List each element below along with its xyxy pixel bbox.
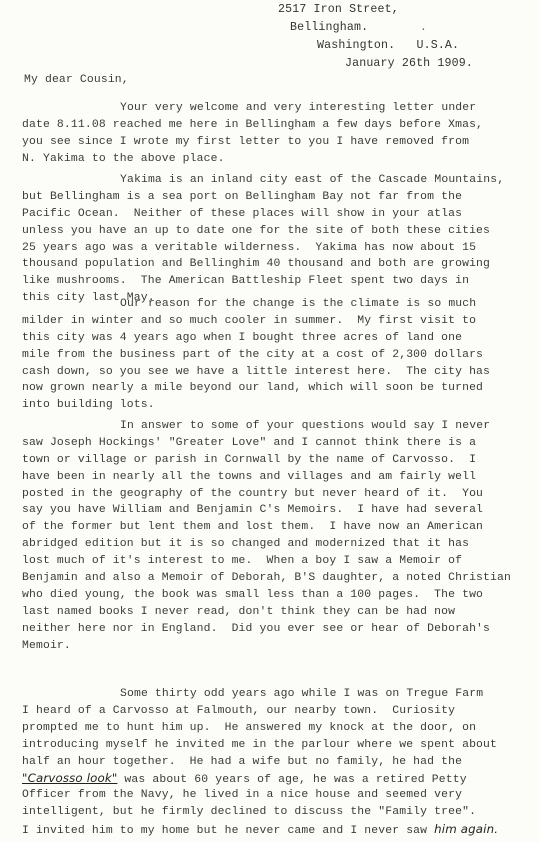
paragraph-1: Your very welcome and very interesting l… — [22, 100, 522, 168]
handwritten-ending: him again. — [434, 822, 498, 836]
text-line: now grown nearly a mile beyond our land,… — [22, 380, 522, 397]
text-line: town or village or parish in Cornwall by… — [22, 452, 522, 469]
text-line: last named books I never read, don't thi… — [22, 604, 522, 621]
text-line: Benjamin and also a Memoir of Deborah, B… — [22, 570, 522, 587]
text-line: have been in nearly all the towns and vi… — [22, 469, 522, 486]
text-line: intelligent, but he firmly declined to d… — [22, 804, 522, 821]
text-line: introducing myself he invited me in the … — [22, 737, 522, 754]
text-line: into building lots. — [22, 397, 522, 414]
text-line: abridged edition but it is so changed an… — [22, 536, 522, 553]
letter-page: 2517 Iron Street, Bellingham. . Washingt… — [0, 0, 540, 842]
handwritten-phrase: "Carvosso look" — [22, 771, 117, 785]
text-line: milder in winter and so much cooler in s… — [22, 313, 522, 330]
typed-text: I invited him to my home but he never ca… — [22, 825, 434, 837]
text-line: neither here nor in England. Did you eve… — [22, 621, 522, 638]
text-line: say you have William and Benjamin C's Me… — [22, 502, 522, 519]
paragraph-2: Yakima is an inland city east of the Cas… — [22, 172, 522, 307]
text-line: of the former but lent them and lost the… — [22, 519, 522, 536]
text-line: this city was 4 years ago when I bought … — [22, 330, 522, 347]
text-line: Officer from the Navy, he lived in a nic… — [22, 787, 522, 804]
paragraph-5: Some thirty odd years ago while I was on… — [22, 686, 522, 838]
text-line: posted in the geography of the country b… — [22, 486, 522, 503]
text-line: date 8.11.08 reached me here in Bellingh… — [22, 117, 522, 134]
address-street: 2517 Iron Street, — [278, 3, 399, 16]
text-line: Your very welcome and very interesting l… — [22, 100, 522, 117]
text-line: mile from the business part of the city … — [22, 347, 522, 364]
text-line: like mushrooms. The American Battleship … — [22, 273, 522, 290]
paragraph-3: Our reason for the change is the climate… — [22, 296, 522, 414]
text-line: you see since I wrote my first letter to… — [22, 134, 522, 151]
text-line: unless you have an up to date one for th… — [22, 223, 522, 240]
typed-text: was about 60 years of age, he was a reti… — [117, 774, 466, 786]
salutation: My dear Cousin, — [24, 74, 129, 86]
text-line: N. Yakima to the above place. — [22, 151, 522, 168]
text-line: Some thirty odd years ago while I was on… — [22, 686, 522, 703]
letter-date: January 26th 1909. — [345, 57, 473, 70]
text-line: lost much of it's interest to me. When a… — [22, 553, 522, 570]
text-line: Pacific Ocean. Neither of these places w… — [22, 206, 522, 223]
text-line: who died young, the book was small less … — [22, 587, 522, 604]
text-line: but Bellingham is a sea port on Bellingh… — [22, 189, 522, 206]
text-line: thousand population and Bellinghim 40 th… — [22, 256, 522, 273]
text-line: cash down, so you see we have a little i… — [22, 364, 522, 381]
text-line: 25 years ago was a veritable wilderness.… — [22, 240, 522, 257]
address-state-country: Washington. U.S.A. — [317, 39, 459, 52]
text-line: "Carvosso look" was about 60 years of ag… — [22, 770, 522, 787]
paragraph-4: In answer to some of your questions woul… — [22, 418, 522, 654]
text-line: I heard of a Carvosso at Falmouth, our n… — [22, 703, 522, 720]
text-line: prompted me to hunt him up. He answered … — [22, 720, 522, 737]
text-line: I invited him to my home but he never ca… — [22, 821, 522, 838]
text-line: Our reason for the change is the climate… — [22, 296, 522, 313]
ink-speck: . — [420, 22, 427, 34]
text-line: half an hour together. He had a wife but… — [22, 754, 522, 771]
text-line: Memoir. — [22, 638, 522, 655]
text-line: In answer to some of your questions woul… — [22, 418, 522, 435]
address-city: Bellingham. — [290, 21, 368, 34]
text-line: saw Joseph Hockings' "Greater Love" and … — [22, 435, 522, 452]
text-line: Yakima is an inland city east of the Cas… — [22, 172, 522, 189]
